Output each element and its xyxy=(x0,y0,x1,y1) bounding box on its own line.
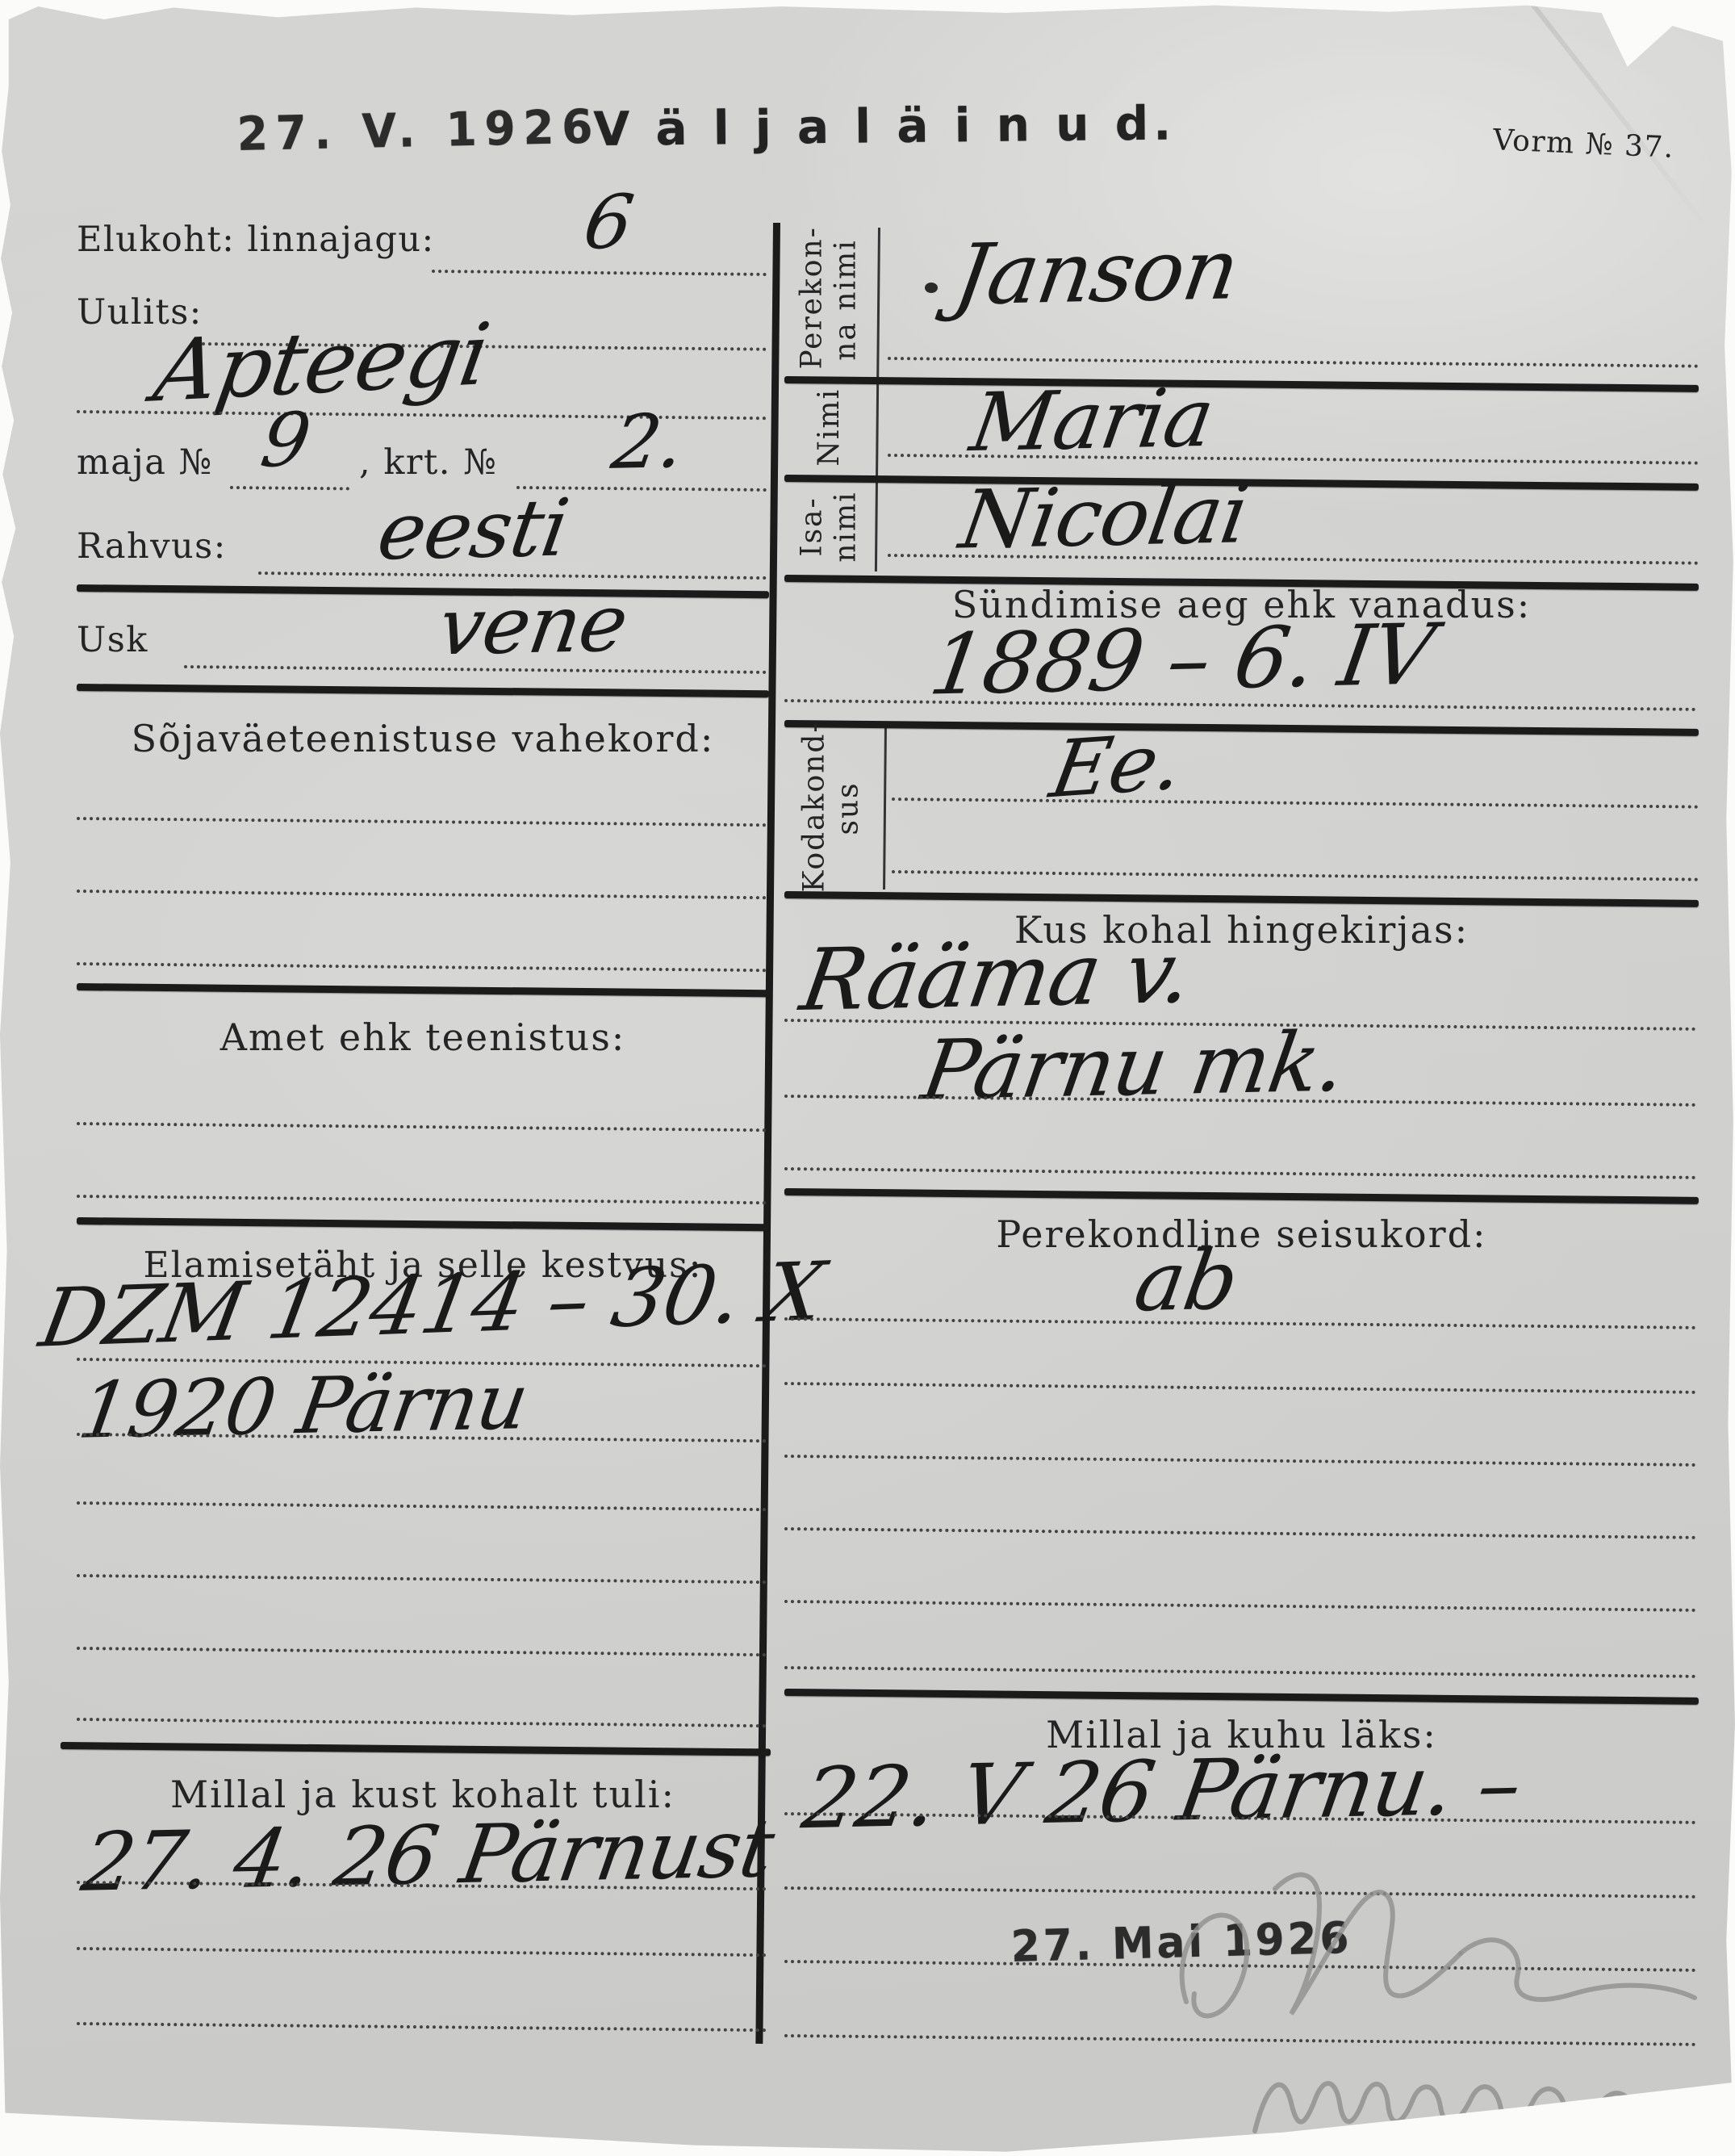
dotted-line xyxy=(77,1718,767,1727)
handwritten-hingekirjas-line2: Pärnu mk. xyxy=(916,1015,1352,1120)
handwritten-rahvus-value: eesti xyxy=(372,483,575,579)
vertical-label-isanimi: Isa- nimi xyxy=(784,483,875,570)
handwritten-millal-tuli-value: 27. 4. 26 Pärnust xyxy=(76,1801,780,1910)
dotted-line xyxy=(892,870,1699,881)
section-divider xyxy=(784,376,1699,392)
section-divider xyxy=(77,983,769,997)
section-divider xyxy=(784,1188,1699,1204)
section-divider xyxy=(784,891,1699,907)
pencil-signature-upper xyxy=(1154,1857,1719,2042)
field-label-usk: Usk xyxy=(77,620,148,660)
dotted-line xyxy=(77,1647,767,1656)
dotted-line xyxy=(77,962,767,972)
paper-crease xyxy=(1501,0,1713,235)
vertical-label-kodakondsus: Kodakond- sus xyxy=(784,724,880,892)
section-divider xyxy=(61,1742,771,1756)
section-heading-sojavaeteenistus: Sõjaväeteenistuse vahekord: xyxy=(77,717,769,760)
ink-dot xyxy=(925,283,938,293)
vertical-label-separator-top xyxy=(875,228,880,571)
dotted-line xyxy=(77,1574,767,1584)
dotted-line xyxy=(784,1382,1696,1394)
pencil-signature-lower xyxy=(1247,2054,1707,2151)
dotted-line xyxy=(77,1195,767,1204)
section-divider xyxy=(77,1217,769,1231)
field-label-krt: , krt. № xyxy=(359,442,497,483)
dotted-line xyxy=(784,1666,1696,1678)
dotted-line xyxy=(892,798,1699,809)
form-number: Vorm № 37. xyxy=(1492,123,1674,165)
dotted-line xyxy=(77,817,767,827)
handwritten-elamisetaht-line2: 1920 Pärnu xyxy=(73,1356,533,1456)
center-divider xyxy=(755,223,780,2044)
handwritten-isanimi-value: Nicolai xyxy=(954,467,1254,567)
section-heading-amet: Amet ehk teenistus: xyxy=(77,1015,769,1059)
dotted-line xyxy=(888,357,1699,368)
vertical-label-perekonnanimi: Perekon- na nimi xyxy=(784,230,875,369)
date-stamp-top: 27. V. 1926 xyxy=(236,99,601,161)
handwritten-sundimise-value: 1889 – 6. IV xyxy=(923,605,1440,714)
field-label-elukoht: Elukoht: linnajagu: xyxy=(77,220,435,260)
field-label-rahvus: Rahvus: xyxy=(77,526,227,567)
dotted-line xyxy=(77,890,767,899)
section-divider xyxy=(784,720,1699,736)
field-label-maja: maja № xyxy=(77,442,213,483)
section-divider xyxy=(77,684,769,697)
dotted-line xyxy=(432,270,767,276)
handwritten-uulits-value: Apteegi xyxy=(148,304,495,421)
vertical-label-nimi: Nimi xyxy=(784,387,875,467)
dotted-line xyxy=(77,1122,767,1132)
dotted-line xyxy=(77,1947,767,1957)
section-divider xyxy=(784,1689,1699,1705)
handwritten-hingekirjas-line1: Rääma v. xyxy=(795,923,1198,1030)
scanned-paper: 27. V. 1926 V ä l j a l ä i n u d. Vorm … xyxy=(0,0,1735,2156)
handwritten-usk-value: vene xyxy=(433,578,633,674)
dotted-line xyxy=(784,1317,1696,1329)
dotted-line xyxy=(77,2022,767,2032)
handwritten-elukoht-value: 6 xyxy=(579,178,638,266)
dotted-line xyxy=(784,1167,1696,1179)
dotted-line xyxy=(77,1501,767,1511)
handwritten-millal-laks-value: 22. V 26 Pärnu. – xyxy=(796,1735,1528,1848)
page-title: V ä l j a l ä i n u d. xyxy=(593,95,1177,157)
section-divider xyxy=(77,584,769,598)
handwritten-perekonnanimi-value: Janson xyxy=(948,220,1245,324)
vertical-label-separator-kodakondsus xyxy=(883,724,887,890)
handwritten-perekondline-value: ab xyxy=(1129,1233,1244,1331)
dotted-line xyxy=(784,1527,1696,1539)
dotted-line xyxy=(230,486,349,490)
handwritten-krt-value: 2. xyxy=(607,398,690,486)
dotted-line xyxy=(784,1600,1696,1612)
dotted-line xyxy=(784,1455,1696,1467)
